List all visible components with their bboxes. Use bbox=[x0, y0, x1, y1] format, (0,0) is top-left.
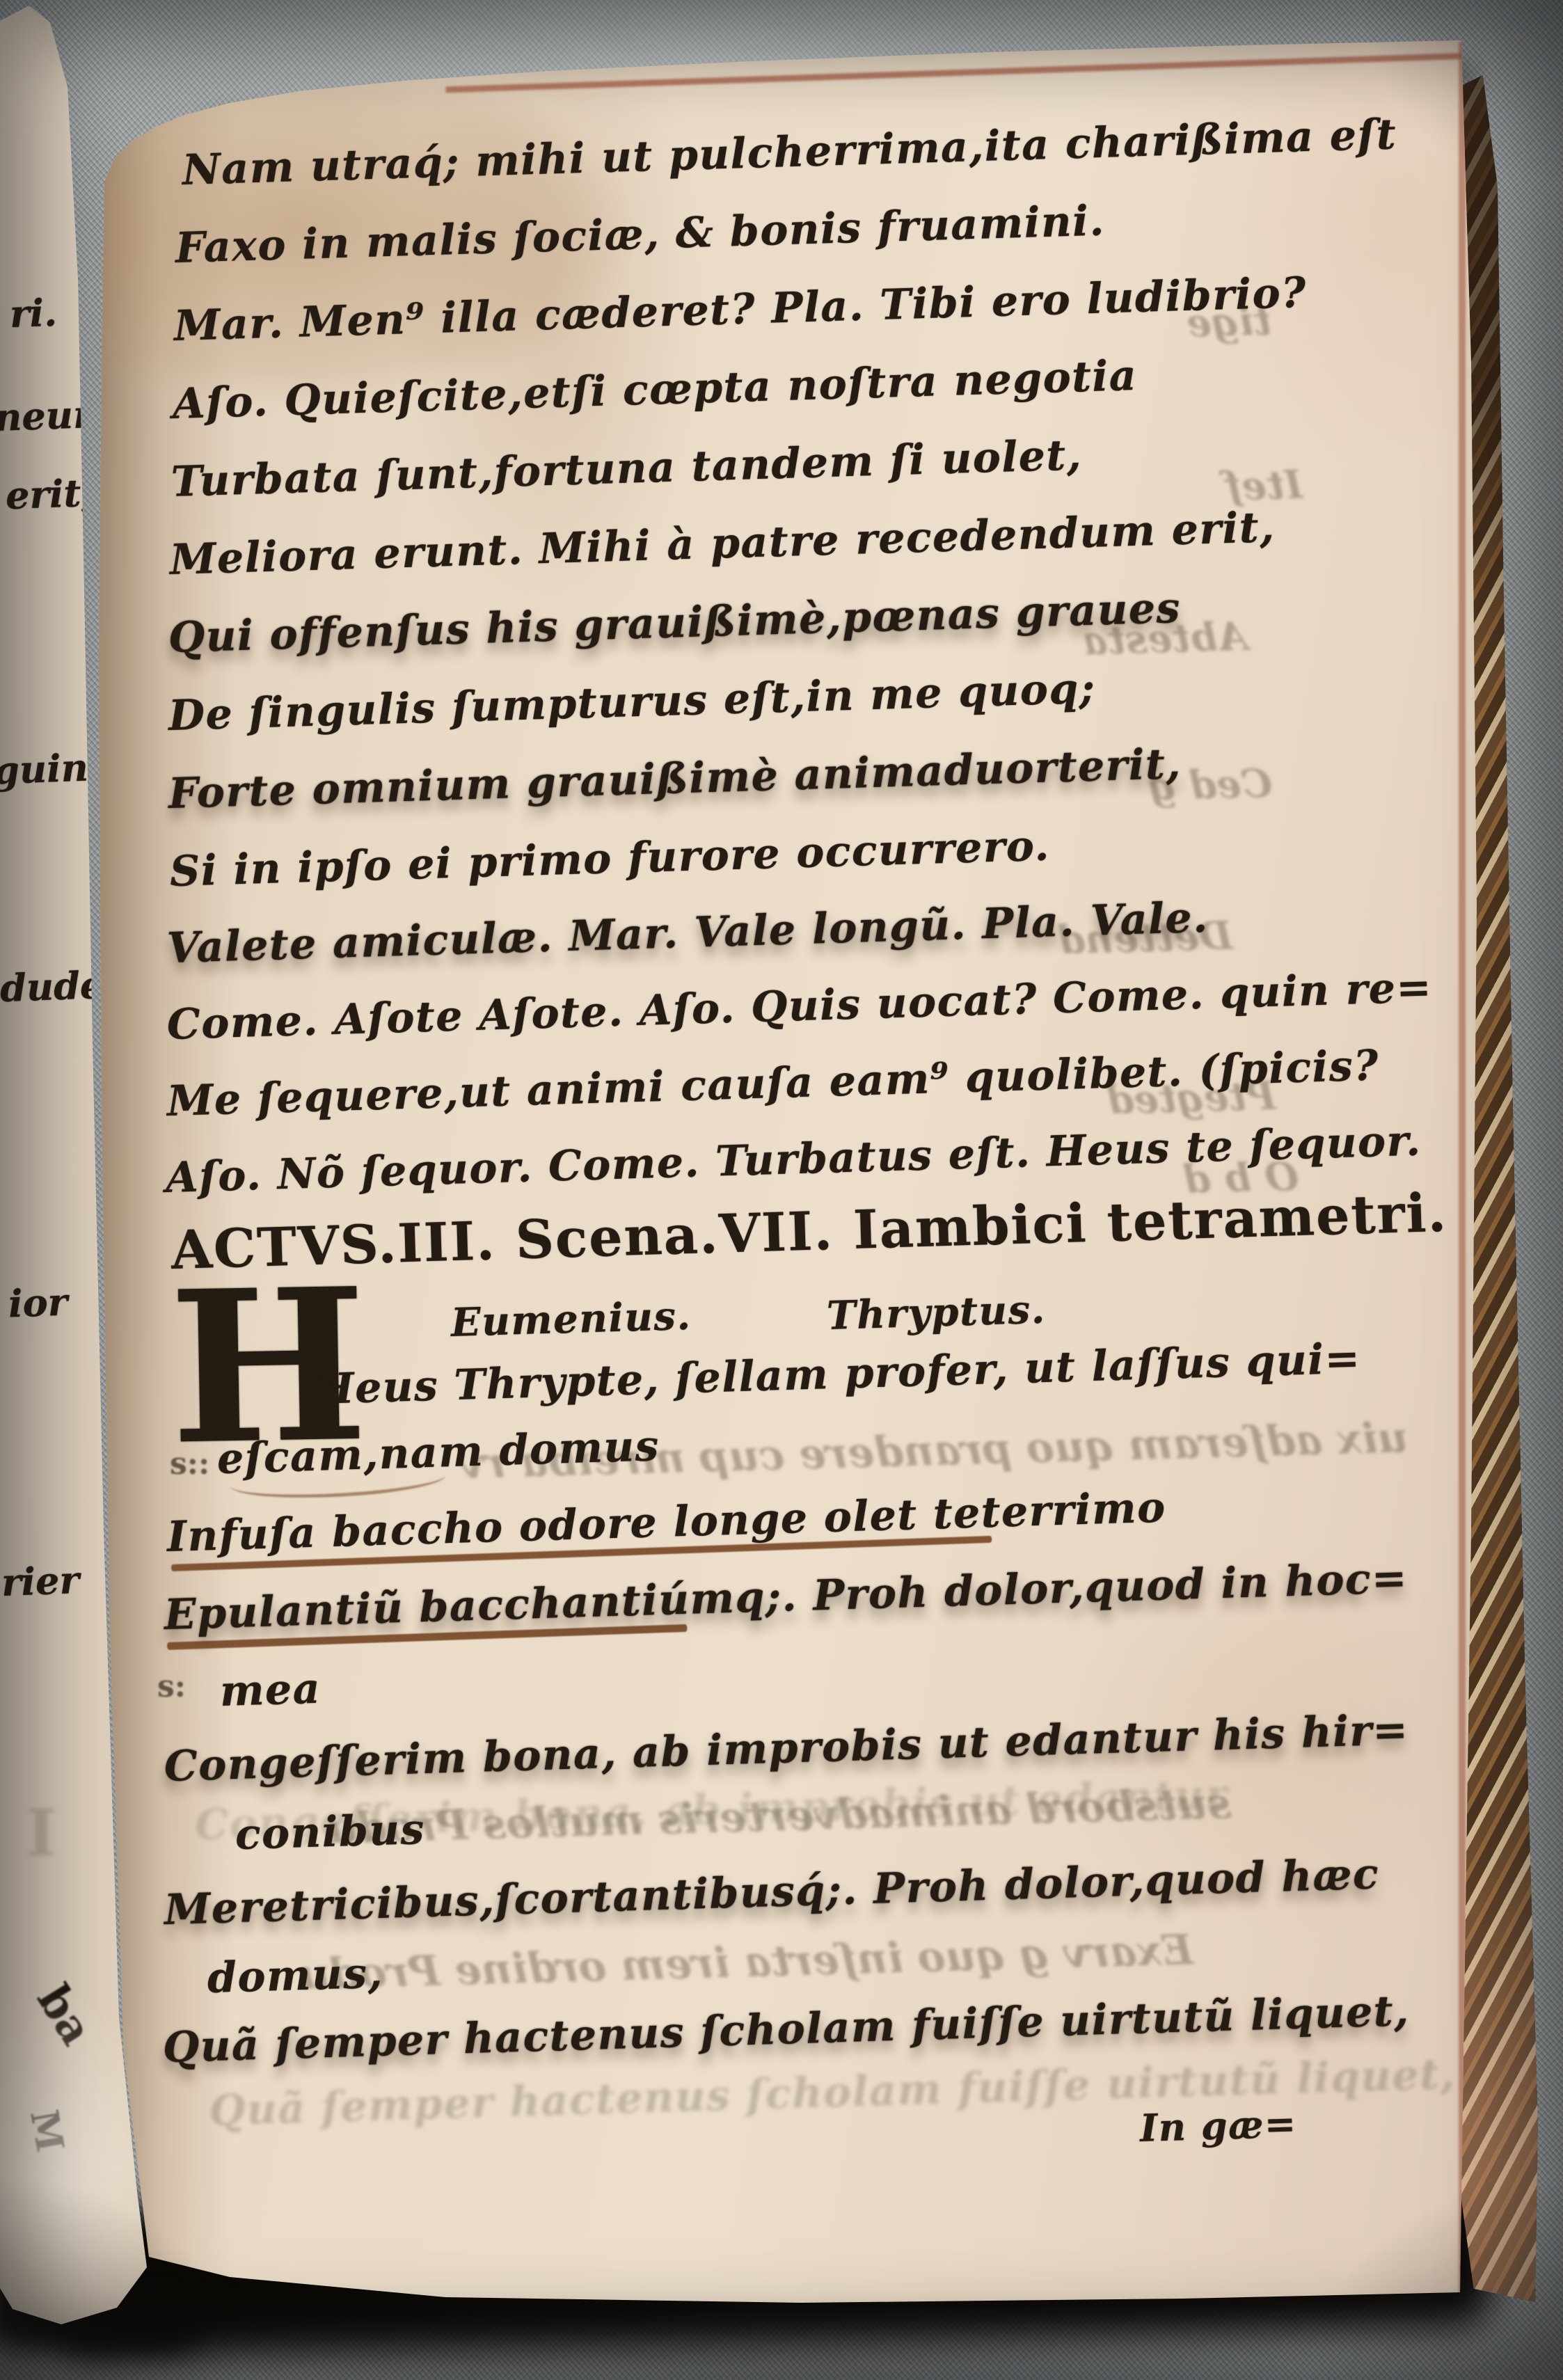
verse-line: domus, bbox=[207, 1949, 384, 2003]
verse-line: Heus Thrypte, ſellam profer, ut laſſus q… bbox=[314, 1334, 1361, 1414]
leaf-ink-blot: ba bbox=[26, 1976, 102, 2054]
left-leaf-fragment: ior bbox=[8, 1280, 68, 1326]
verse-line: Epulantiũ bacchantiúmq;. Proh dolor,quod… bbox=[164, 1554, 1409, 1640]
bleedthrough-ghost: Itef bbox=[1224, 461, 1303, 509]
bleedthrough-speck: s: bbox=[157, 1669, 186, 1704]
page-fore-edge-top bbox=[445, 53, 1468, 93]
left-leaf-fragment: erit, bbox=[5, 470, 95, 518]
verse-line: Nam utraq́; mihi ut pulcherrima,ita char… bbox=[182, 110, 1397, 195]
verse-line: De ſingulis ſumpturus eſt,in me quoq; bbox=[168, 664, 1096, 740]
verse-line: Meliora erunt. Mihi à patre recedendum e… bbox=[169, 503, 1276, 585]
verse-line: conibus bbox=[235, 1805, 426, 1859]
verse-line: Si in ipſo ei primo furore occurrero. bbox=[169, 821, 1051, 896]
speaker-name-eumenius: Eumenius. bbox=[450, 1293, 692, 1346]
verse-line: Forte omnium grauißimè animaduorterit, bbox=[168, 740, 1182, 818]
verse-line: mea bbox=[219, 1665, 322, 1716]
verse-line: Qui offenſus his grauißimè,pœnas graues bbox=[168, 584, 1182, 663]
verse-line: Meretricibus,ſcortantibusq́;. Proh dolor… bbox=[164, 1850, 1380, 1935]
left-leaf-fragment: ri. bbox=[9, 290, 58, 336]
speaker-name-thryptus: Thryptus. bbox=[826, 1287, 1047, 1339]
verse-line: Turbata ſunt,fortuna tandem ſi uolet, bbox=[170, 431, 1083, 507]
book-page: tige Itef Abtesta Ced g Dettend Ptegted … bbox=[0, 0, 1563, 2380]
left-leaf-fragment: neum bbox=[0, 391, 113, 440]
catchword: In gæ= bbox=[1139, 2101, 1297, 2150]
verse-line: Valete amiculæ. Mar. Vale longũ. Pla. Va… bbox=[166, 894, 1209, 973]
leaf-ink-blot: M bbox=[22, 2107, 72, 2155]
verse-line: Faxo in malis ſociæ, & bonis fruamini. bbox=[175, 196, 1106, 273]
photograph-of-open-book: ri. neum erit, guina, dudes ior rier I b… bbox=[0, 0, 1563, 2380]
verse-line: Mar. Men⁹ illa cæderet? Pla. Tibi ero lu… bbox=[173, 269, 1308, 351]
bleedthrough-ghost-line: Exarv g quo inſerta irem ordine Produ bbox=[299, 1926, 1193, 1999]
page-fore-edge-right bbox=[1459, 42, 1466, 2294]
verse-line: Aſo. Quieſcite,etſi cœpta noſtra negotia bbox=[172, 351, 1138, 429]
left-leaf-fragment: rier bbox=[1, 1557, 80, 1605]
leaf-bleedthrough-capital: I bbox=[26, 1795, 56, 1871]
verse-line: Come. Aſote Aſote. Aſo. Quis uocat? Come… bbox=[166, 963, 1433, 1049]
